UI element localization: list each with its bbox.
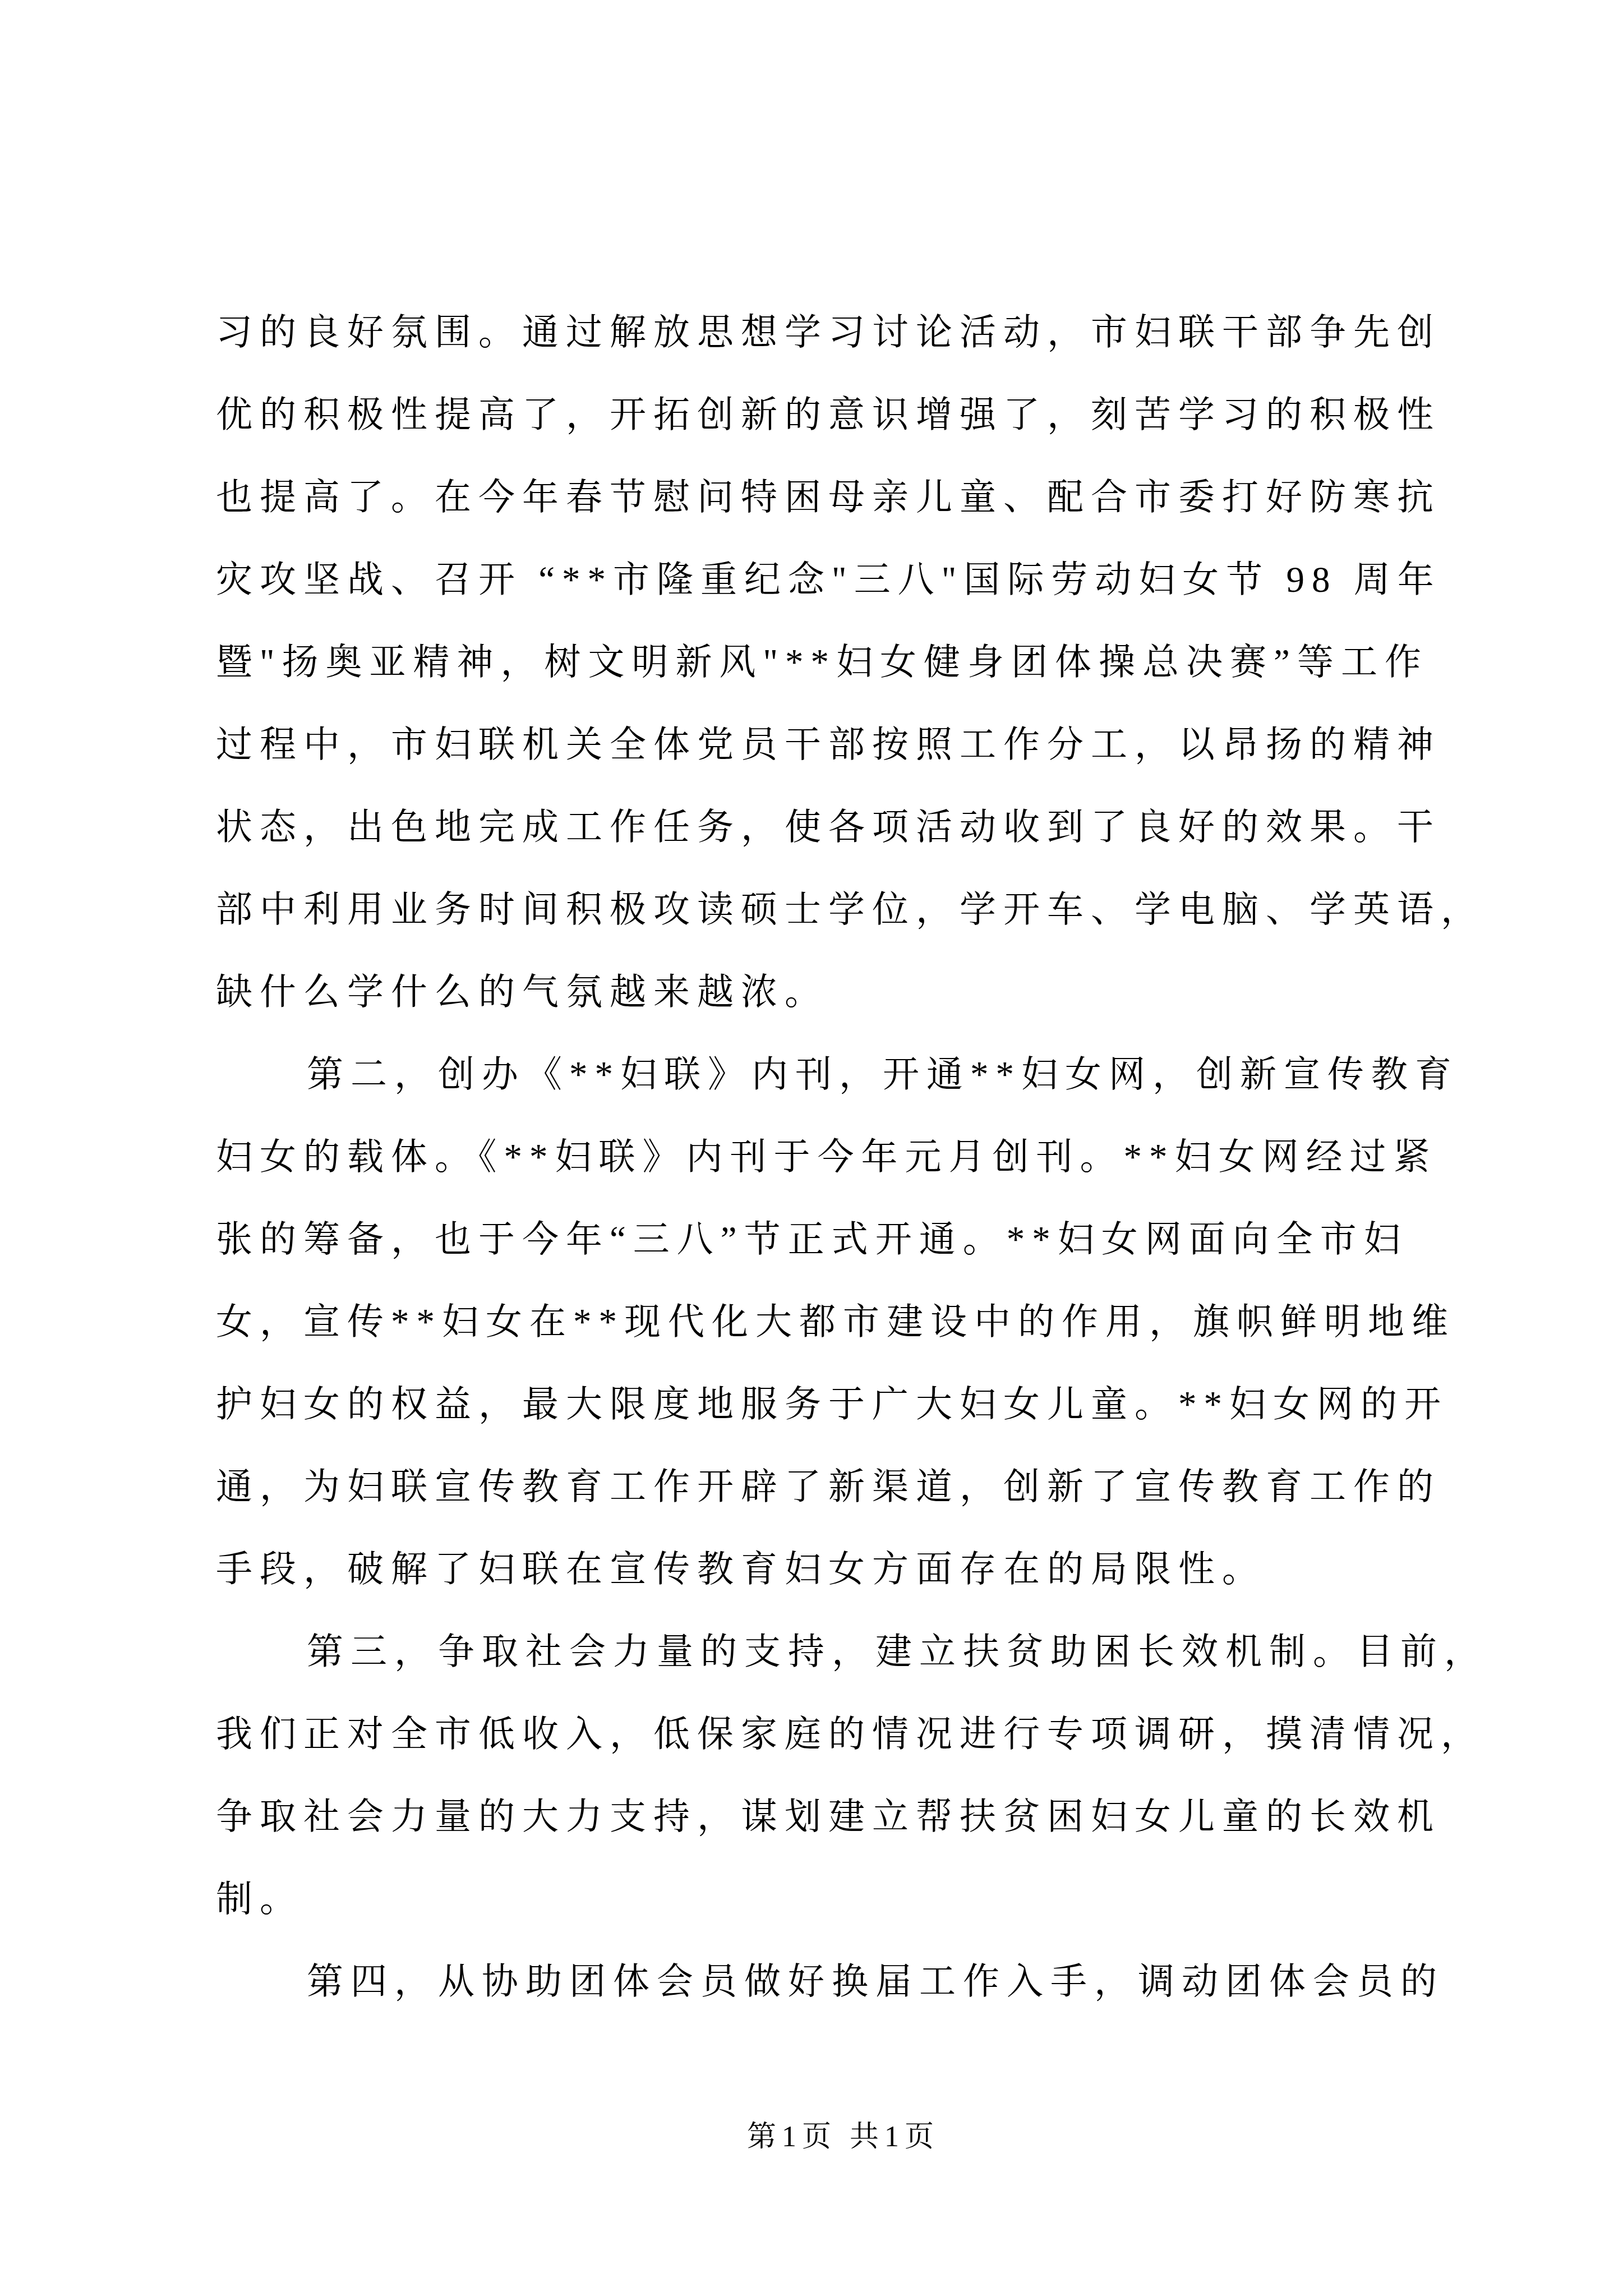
text-line: 护妇女的权益，最大限度地服务于广大妇女儿童。**妇女网的开 <box>216 1364 1455 1446</box>
text-line: 也提高了。在今年春节慰问特困母亲儿童、配合市委打好防寒抗 <box>216 457 1455 539</box>
text-line: 妇女的载体。《**妇联》内刊于今年元月创刊。**妇女网经过紧 <box>216 1116 1455 1199</box>
text-line: 习的良好氛围。通过解放思想学习讨论活动，市妇联干部争先创 <box>216 292 1455 374</box>
text-line: 争取社会力量的大力支持，谋划建立帮扶贫困妇女儿童的长效机 <box>216 1776 1455 1858</box>
text-line: 我们正对全市低收入，低保家庭的情况进行专项调研，摸清情况， <box>216 1694 1455 1776</box>
text-line: 优的积极性提高了，开拓创新的意识增强了，刻苦学习的积极性 <box>216 374 1455 457</box>
text-line: 部中利用业务时间积极攻读硕士学位，学开车、学电脑、学英语， <box>216 869 1455 951</box>
text-line: 暨"扬奥亚精神，树文明新风"**妇女健身团体操总决赛”等工作 <box>216 622 1455 704</box>
page-number-footer: 第1页 共1页 <box>747 2120 939 2154</box>
text-line: 过程中，市妇联机关全体党员干部按照工作分工，以昂扬的精神 <box>216 704 1455 786</box>
text-line: 通，为妇联宣传教育工作开辟了新渠道，创新了宣传教育工作的 <box>216 1446 1455 1529</box>
text-line: 缺什么学什么的气氛越来越浓。 <box>216 951 1455 1034</box>
text-line: 手段，破解了妇联在宣传教育妇女方面存在的局限性。 <box>216 1529 1455 1611</box>
text-line: 张的筹备，也于今年“三八”节正式开通。**妇女网面向全市妇 <box>216 1199 1455 1281</box>
text-line: 灾攻坚战、召开 “**市隆重纪念"三八"国际劳动妇女节 98 周年 <box>216 539 1455 622</box>
text-line-paragraph-start: 第四，从协助团体会员做好换届工作入手，调动团体会员的 <box>216 1941 1455 2023</box>
document-body: 习的良好氛围。通过解放思想学习讨论活动，市妇联干部争先创 优的积极性提高了，开拓… <box>216 292 1455 2023</box>
text-line: 制。 <box>216 1858 1455 1941</box>
text-line: 女，宣传**妇女在**现代化大都市建设中的作用，旗帜鲜明地维 <box>216 1281 1455 1364</box>
text-line-paragraph-start: 第三，争取社会力量的支持，建立扶贫助困长效机制。目前， <box>216 1611 1455 1694</box>
text-line-paragraph-start: 第二，创办《**妇联》内刊，开通**妇女网，创新宣传教育 <box>216 1034 1455 1116</box>
text-line: 状态，出色地完成工作任务，使各项活动收到了良好的效果。干 <box>216 786 1455 869</box>
document-page: 习的良好氛围。通过解放思想学习讨论活动，市妇联干部争先创 优的积极性提高了，开拓… <box>0 0 1623 2296</box>
